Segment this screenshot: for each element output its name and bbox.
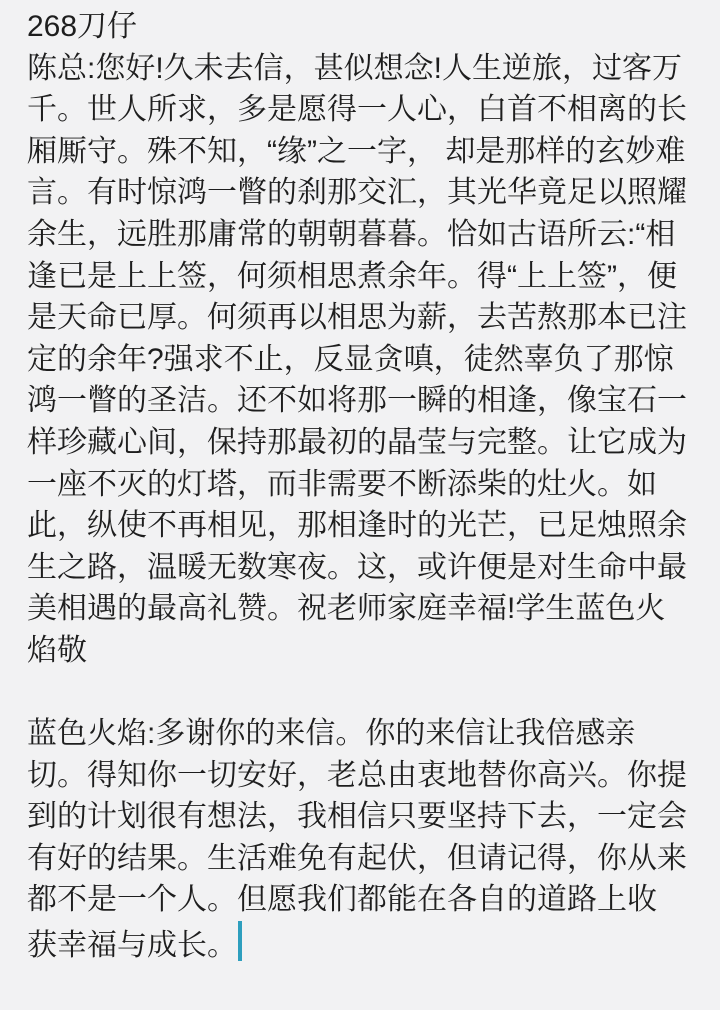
note-title: 268刀仔 [27,6,694,48]
letter-line: 鸿一瞥的圣洁。还不如将那一瞬的相逢，像宝石一 [27,380,694,422]
reply-line: 有好的结果。生活难免有起伏，但请记得，你从来 [27,838,694,880]
text-editor-area[interactable]: 268刀仔 陈总:您好!久未去信，甚似想念!人生逆旅，过客万 千。世人所求，多是… [0,0,720,967]
reply-line: 都不是一个人。但愿我们都能在各自的道路上收 [27,879,694,921]
letter-line: 陈总:您好!久未去信，甚似想念!人生逆旅，过客万 [27,48,694,90]
letter-line: 千。世人所求，多是愿得一人心，白首不相离的长 [27,89,694,131]
letter-line: 焰敬 [27,630,694,672]
reply-line: 到的计划很有想法，我相信只要坚持下去，一定会 [27,796,694,838]
note-screen: 268刀仔 陈总:您好!久未去信，甚似想念!人生逆旅，过客万 千。世人所求，多是… [0,0,720,1010]
letter-line: 美相遇的最高礼赞。祝老师家庭幸福!学生蓝色火 [27,588,694,630]
letter-line: 此，纵使不再相见，那相逢时的光芒，已足烛照余 [27,505,694,547]
letter-line: 是天命已厚。何须再以相思为薪，去苦熬那本已注 [27,297,694,339]
letter-line: 一座不灭的灯塔，而非需要不断添柴的灶火。如 [27,464,694,506]
letter-line: 言。有时惊鸿一瞥的刹那交汇，其光华竟足以照耀 [27,172,694,214]
reply-line-last: 获幸福与成长。 [27,921,694,967]
paragraph-gap [27,672,694,714]
text-cursor [238,921,242,961]
letter-line: 逢已是上上签，何须相思煮余年。得“上上签”，便 [27,256,694,298]
letter-line: 厢厮守。殊不知，“缘”之一字， 却是那样的玄妙难 [27,131,694,173]
reply-line-text: 获幸福与成长。 [27,929,237,962]
reply-line: 切。得知你一切安好，老总由衷地替你高兴。你提 [27,755,694,797]
letter-line: 定的余年?强求不止，反显贪嗔，徒然辜负了那惊 [27,339,694,381]
letter-line: 样珍藏心间，保持那最初的晶莹与完整。让它成为 [27,422,694,464]
letter-line: 生之路，温暖无数寒夜。这，或许便是对生命中最 [27,547,694,589]
letter-line: 余生，远胜那庸常的朝朝暮暮。恰如古语所云:“相 [27,214,694,256]
reply-line: 蓝色火焰:多谢你的来信。你的来信让我倍感亲 [27,713,694,755]
